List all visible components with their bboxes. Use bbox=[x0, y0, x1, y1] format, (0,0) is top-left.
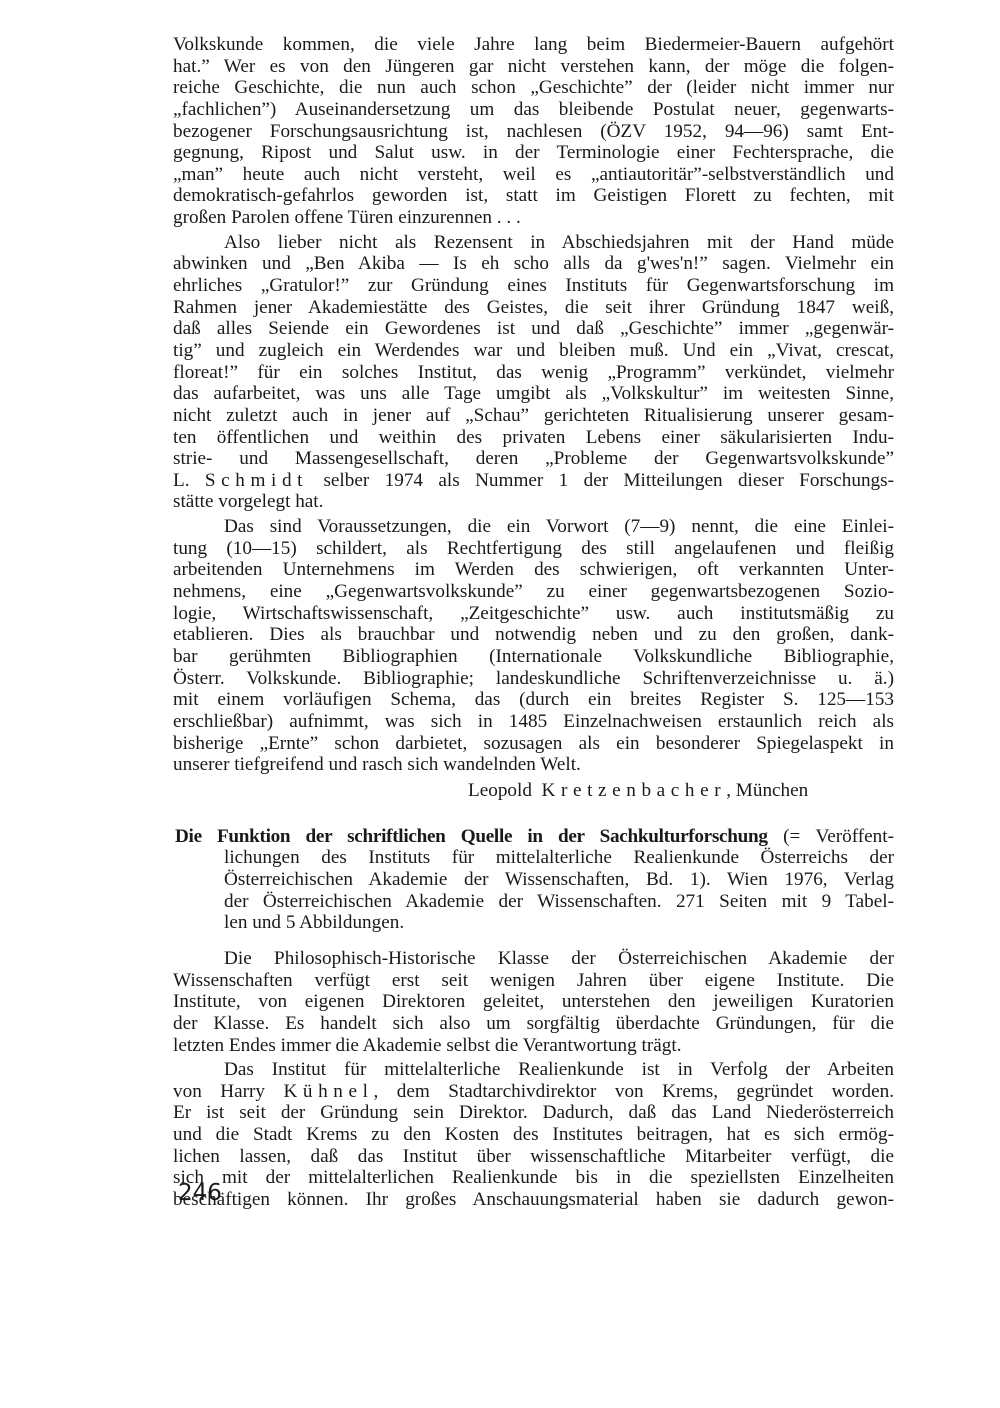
text-line: arbeitenden Unternehmens im Werden des s… bbox=[173, 559, 894, 581]
text-line: Rahmen jener Akademiestätte des Geistes,… bbox=[173, 297, 894, 319]
text-line: reiche Geschichte, die nun auch schon „G… bbox=[173, 77, 894, 99]
text-line: daß alles Seiende ein Gewordenes ist und… bbox=[173, 318, 894, 340]
text-line: lichungen des Instituts für mittelalterl… bbox=[173, 847, 894, 869]
text-line: unserer tiefgreifend und rasch sich wand… bbox=[173, 754, 894, 776]
text-line: bisherige „Ernte” schon darbietet, sozus… bbox=[173, 733, 894, 755]
text-line: floreat!” für ein solches Institut, das … bbox=[173, 362, 894, 384]
text-line: etablieren. Dies als brauchbar und notwe… bbox=[173, 624, 894, 646]
paragraph: Das Institut für mittelalterliche Realie… bbox=[173, 1059, 894, 1210]
text-line: Er ist seit der Gründung sein Direktor. … bbox=[173, 1102, 894, 1124]
reviewer-last-name: Kretzenbacher bbox=[542, 780, 727, 801]
text-line: und die Stadt Krems zu den Kosten des In… bbox=[173, 1124, 894, 1146]
text-line: Die Funktion der schriftlichen Quelle in… bbox=[173, 826, 894, 848]
page-number: 246 bbox=[178, 1180, 222, 1206]
text-line: ehrliches „Gratulor!” zur Gründung eines… bbox=[173, 275, 894, 297]
paragraph-continuation: Volkskunde kommen, die viele Jahre lang … bbox=[173, 34, 894, 229]
text-line: Also lieber nicht als Rezensent in Absch… bbox=[173, 232, 894, 254]
text-line: bezogener Forschungsausrichtung ist, nac… bbox=[173, 121, 894, 143]
line-rest: (= Veröffent- bbox=[768, 826, 894, 847]
text-line: len und 5 Abbildungen. bbox=[173, 912, 894, 934]
text-line: Institute, von eigenen Direktoren geleit… bbox=[173, 991, 894, 1013]
text-line: hat.” Wer es von den Jüngeren gar nicht … bbox=[173, 56, 894, 78]
text-line: erschließbar) aufnimmt, was sich in 1485… bbox=[173, 711, 894, 733]
text-line: letzten Endes immer die Akademie selbst … bbox=[173, 1035, 894, 1057]
text-line: der Österreichischen Akademie der Wissen… bbox=[173, 891, 894, 913]
line-rest: , dem Stadtarchivdirektor von Krems, geg… bbox=[374, 1081, 894, 1102]
text-line: „fachlichen”) Auseinandersetzung um das … bbox=[173, 99, 894, 121]
text-line: beschäftigen können. Ihr großes Anschauu… bbox=[173, 1189, 894, 1211]
paragraph: Die Philosophisch-Historische Klasse der… bbox=[173, 948, 894, 1056]
author-initial: L. bbox=[173, 470, 190, 491]
text-line: „man” heute auch nicht versteht, weil es… bbox=[173, 164, 894, 186]
book-title: Die Funktion der schriftlichen Quelle in… bbox=[175, 826, 768, 847]
text-line: mit einem vorläufigen Schema, das (durch… bbox=[173, 689, 894, 711]
text-line: demokratisch-gefahrlos geworden ist, sta… bbox=[173, 185, 894, 207]
paragraph: Das sind Voraussetzungen, die ein Vorwor… bbox=[173, 516, 894, 776]
paragraph: Also lieber nicht als Rezensent in Absch… bbox=[173, 232, 894, 513]
reviewer-place: , München bbox=[726, 780, 808, 801]
reviewer-signature: Leopold Kretzenbacher, München bbox=[173, 780, 848, 802]
text-line: sich mit der mittelalterlichen Realienku… bbox=[173, 1167, 894, 1189]
text-line: L. Schmidt selber 1974 als Nummer 1 der … bbox=[173, 470, 894, 492]
text-line: ten öffentlichen und weithin des private… bbox=[173, 427, 894, 449]
reviewer-first-name: Leopold bbox=[468, 780, 532, 801]
text-line: stätte vorgelegt hat. bbox=[173, 491, 894, 513]
text-line: tung (10—15) schildert, als Rechtfertigu… bbox=[173, 538, 894, 560]
text-line: gegnung, Ripost und Salut usw. in der Te… bbox=[173, 142, 894, 164]
text-line: nicht zuletzt auch in jener auf „Schau” … bbox=[173, 405, 894, 427]
line-rest: selber 1974 als Nummer 1 der Mitteilunge… bbox=[323, 470, 894, 491]
person-name-spaced: Kühnel bbox=[283, 1081, 373, 1102]
text-line: logie, Wirtschaftswissenschaft, „Zeitges… bbox=[173, 603, 894, 625]
text-line: strie- und Massengesellschaft, deren „Pr… bbox=[173, 448, 894, 470]
text-line: Das Institut für mittelalterliche Realie… bbox=[173, 1059, 894, 1081]
text-line: von Harry Kühnel, dem Stadtarchivdirekto… bbox=[173, 1081, 894, 1103]
text-line: Volkskunde kommen, die viele Jahre lang … bbox=[173, 34, 894, 56]
text-line: Österr. Volkskunde. Bibliographie; lande… bbox=[173, 668, 894, 690]
text-line: Wissenschaften verfügt erst seit wenigen… bbox=[173, 970, 894, 992]
text-line: der Klasse. Es handelt sich also um sorg… bbox=[173, 1013, 894, 1035]
text-line: nehmens, eine „Gegenwartsvolkskunde” zu … bbox=[173, 581, 894, 603]
text-line: großen Parolen offene Türen einzurennen … bbox=[173, 207, 894, 229]
bibliographic-entry: Die Funktion der schriftlichen Quelle in… bbox=[173, 826, 894, 934]
text-line: Österreichischen Akademie der Wissenscha… bbox=[173, 869, 894, 891]
author-name-spaced: Schmidt bbox=[205, 470, 308, 491]
text-line: tig” und zugleich ein Werdendes war und … bbox=[173, 340, 894, 362]
text-line: abwinken und „Ben Akiba — Is eh scho all… bbox=[173, 253, 894, 275]
text-line: Das sind Voraussetzungen, die ein Vorwor… bbox=[173, 516, 894, 538]
text-line: Die Philosophisch-Historische Klasse der… bbox=[173, 948, 894, 970]
text-line: bar gerühmten Bibliographien (Internatio… bbox=[173, 646, 894, 668]
page-body: Volkskunde kommen, die viele Jahre lang … bbox=[173, 34, 894, 1211]
text-line: lichen lassen, daß das Institut über wis… bbox=[173, 1146, 894, 1168]
line-prefix: von Harry bbox=[173, 1081, 265, 1102]
text-line: das aufarbeitet, was uns alle Tage umgib… bbox=[173, 383, 894, 405]
